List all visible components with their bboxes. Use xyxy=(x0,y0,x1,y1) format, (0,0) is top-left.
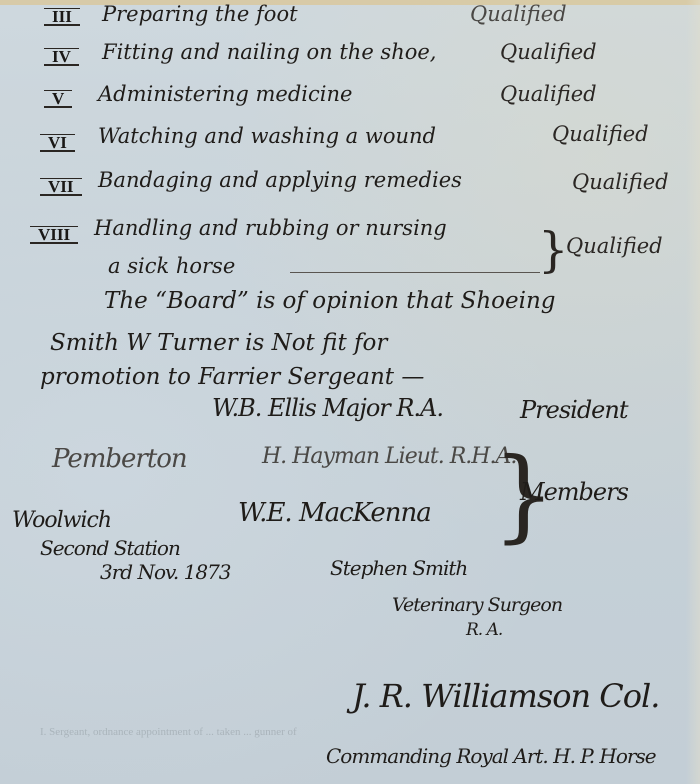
commanding-role: Commanding Royal Art. H. P. Horse xyxy=(326,746,656,766)
veterinary-unit: R. A. xyxy=(466,622,502,639)
member-signature: W.E. MacKenna xyxy=(238,500,431,526)
opinion-line-1: The “Board” is of opinion that Shoeing xyxy=(104,290,556,313)
document-page: III Preparing the foot Qualified IV Fitt… xyxy=(0,0,700,784)
members-role: Members xyxy=(520,480,628,504)
paper-right-edge xyxy=(686,0,700,784)
station-name: Second Station xyxy=(40,538,180,558)
place-name: Woolwich xyxy=(12,510,111,532)
president-signature: W.B. Ellis Major R.A. xyxy=(212,396,443,420)
item-numeral: VII xyxy=(40,178,82,196)
veterinary-role: Veterinary Surgeon xyxy=(392,596,562,615)
item-task: Fitting and nailing on the shoe, xyxy=(102,42,436,63)
brace: } xyxy=(538,222,569,278)
item-numeral: VIII xyxy=(30,226,78,244)
fill-line xyxy=(290,272,540,273)
item-task: Preparing the foot xyxy=(102,4,298,25)
member-signature: Pemberton xyxy=(52,446,187,472)
item-result: Qualified xyxy=(500,84,597,105)
item-task: Watching and washing a wound xyxy=(98,126,436,147)
opinion-line-3: promotion to Farrier Sergeant — xyxy=(40,366,424,389)
item-numeral: IV xyxy=(44,48,79,66)
veterinary-signature: Stephen Smith xyxy=(330,558,467,578)
item-task: Administering medicine xyxy=(98,84,352,105)
item-result: Qualified xyxy=(566,236,663,257)
item-result: Qualified xyxy=(470,4,567,25)
item-result: Qualified xyxy=(500,42,597,63)
president-role: President xyxy=(520,398,627,422)
member-signature: H. Hayman Lieut. R.H.A. xyxy=(262,446,516,468)
document-date: 3rd Nov. 1873 xyxy=(100,562,231,582)
item-numeral: VI xyxy=(40,134,75,152)
item-task-continued: a sick horse xyxy=(108,256,235,277)
item-task: Handling and rubbing or nursing xyxy=(94,218,447,239)
item-result: Qualified xyxy=(552,124,649,145)
item-result: Qualified xyxy=(572,172,669,193)
faint-printed-text: I. Sergeant, ordnance appointment of ...… xyxy=(40,726,297,738)
commanding-signature: J. R. Williamson Col. xyxy=(352,680,659,712)
item-numeral: III xyxy=(44,8,80,26)
item-task: Bandaging and applying remedies xyxy=(98,170,462,191)
item-numeral: V xyxy=(44,90,72,108)
opinion-line-2: Smith W Turner is Not fit for xyxy=(50,332,387,355)
